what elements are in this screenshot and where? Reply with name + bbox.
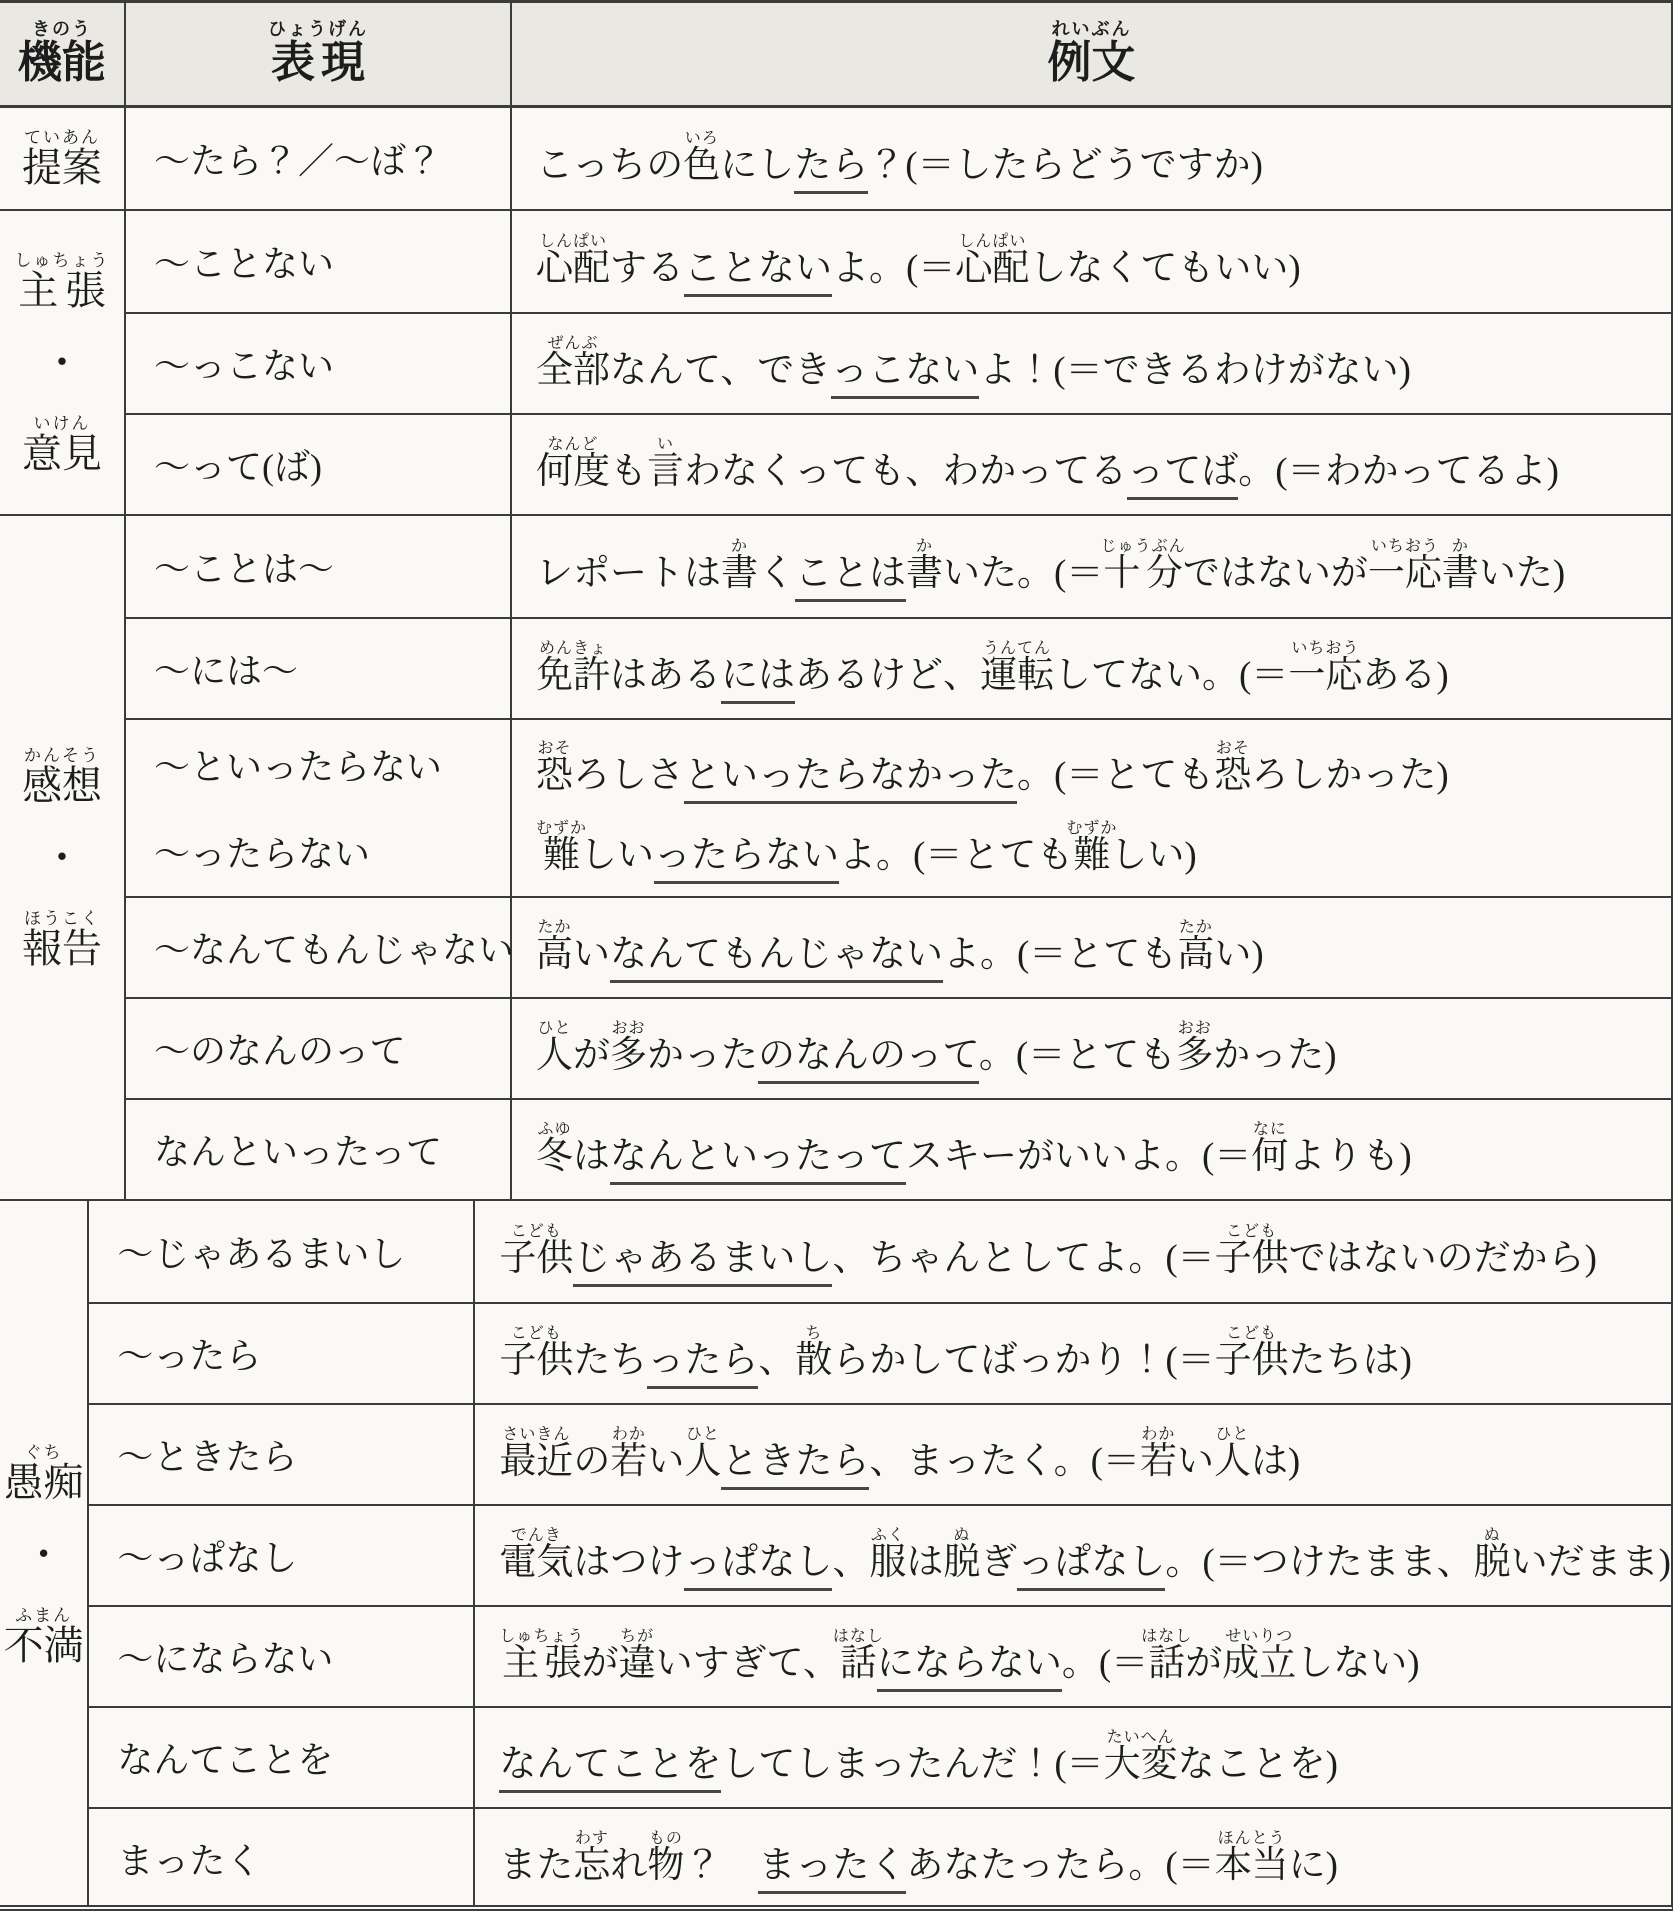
text-segment: してしまったんだ！(＝ [721,1744,1103,1785]
example-sentence: なんてことをしてしまったんだ！(＝大変たいへんなことを) [499,1729,1671,1785]
ruby-annotation: 電気でんき [499,1542,573,1583]
function-cell: 提案ていあん [0,108,126,209]
table-row: ～のなんのって人ひとが多おおかったのなんのって。(＝とても多おおかった) [126,997,1671,1098]
text-segment: いだまま) [1511,1542,1671,1583]
ruby-annotation: 十分じゅうぶん [1103,553,1183,594]
expression-cell: ～ときたら [89,1405,475,1504]
underlined-grammar-point: なんてもんじゃない [610,934,943,983]
text-segment: ではないのだから) [1289,1238,1597,1279]
ruby-annotation: 感想かんそう [22,764,102,808]
expression-text: ～ことない [154,236,510,287]
expression-text: ～たら？／～ば？ [154,133,510,184]
text-segment: しい [580,835,654,876]
expression-cell: ～っぱなし [89,1506,475,1605]
ruby-annotation: 書か [721,553,758,594]
header-cell-expression: 表現ひょうげん [126,3,512,105]
example-sentence: 主張しゅちょうが違ちがいすぎて、話はなしにならない。(＝話はなしが成立せいりつし… [499,1628,1671,1684]
text-segment: ・ [42,341,82,385]
expression-cell: なんてことを [89,1708,475,1807]
table-row: ～といったらない～ったらない恐おそろしさといったらなかった。(＝とても恐おそろし… [126,718,1671,896]
underlined-grammar-point: なんといったって [610,1136,906,1185]
ruby-annotation: 一応いちおう [1288,655,1362,696]
ruby-annotation: 表現ひょうげん [268,19,368,90]
table-row: ～ことない心配しんぱいすることないよ。(＝心配しんぱいしなくてもいい) [126,211,1671,312]
table-row: ～って(ば)何度なんども言いわなくっても、わかってるってば。(＝わかってるよ) [126,413,1671,514]
section-rows: ～じゃあるまいし子供こどもじゃあるまいし、ちゃんとしてよ。(＝子供こどもではない… [89,1201,1671,1908]
expression-text: ～って(ば) [154,439,510,490]
function-section: 感想かんそう・報告ほうこく～ことは～レポートは書かくことは書かいた。(＝十分じゅ… [0,514,1671,1199]
underlined-grammar-point: には [721,655,795,704]
text-segment: よ。(＝とても [943,934,1177,975]
text-segment: 。(＝わかってるよ) [1238,451,1559,492]
text-segment: い [647,1441,684,1482]
table-row: ～にならない主張しゅちょうが違ちがいすぎて、話はなしにならない。(＝話はなしが成… [89,1605,1671,1706]
text-segment: いた) [1479,553,1565,594]
expression-cell: ～ったら [89,1304,475,1403]
ruby-annotation: 服ふく [869,1542,906,1583]
ruby-annotation: 言い [647,451,684,492]
text-segment: く [758,553,795,594]
expression-text: ～っぱなし [117,1530,473,1581]
text-segment: は) [1251,1441,1300,1482]
ruby-annotation: 忘わす [573,1845,610,1886]
function-label: ・ [42,837,82,879]
text-segment: なことを) [1178,1744,1338,1785]
example-cell: また忘わすれ物もの？ まったくあなたったら。(＝本当ほんとうに) [475,1809,1671,1908]
text-segment: かった [647,1035,758,1076]
ruby-annotation: 心配しんぱい [955,248,1029,289]
ruby-annotation: 難むずか [536,835,580,876]
function-label: 報告ほうこく [22,909,102,970]
table-body: 提案ていあん～たら？／～ば？こっちの色いろにしたら？(＝したらどうですか)主張し… [0,108,1671,1908]
section-rows: ～ことない心配しんぱいすることないよ。(＝心配しんぱいしなくてもいい)～っこない… [126,211,1671,514]
expression-cell: なんといったって [126,1100,512,1199]
text-segment: ろしかった) [1251,755,1448,796]
text-segment: ってば [1127,451,1238,492]
example-sentence: 電気でんきはつけっぱなし、服ふくは脱ぬぎっぱなし。(＝つけたまま、脱ぬいだまま) [499,1527,1671,1583]
underlined-grammar-point: っこない [831,350,979,399]
underlined-grammar-point: のなんのって [758,1035,979,1084]
example-sentence: 人ひとが多おおかったのなんのって。(＝とても多おおかった) [536,1020,1671,1076]
expression-text: ～なんてもんじゃない [154,922,510,973]
ruby-annotation: 何なに [1251,1136,1288,1177]
text-segment: たら [794,145,868,186]
text-segment: 。(＝つけたまま、 [1165,1542,1473,1583]
text-segment: よ！(＝できるわけがない) [979,350,1411,391]
text-segment: い [573,934,610,975]
underlined-grammar-point: ことない [684,248,832,297]
underlined-grammar-point: ったらない [654,835,839,884]
ruby-annotation: 脱ぬ [1474,1542,1511,1583]
text-segment: 。(＝ [1062,1643,1148,1684]
ruby-annotation: 冬ふゆ [536,1136,573,1177]
example-cell: 子供こどもじゃあるまいし、ちゃんとしてよ。(＝子供こどもではないのだから) [475,1201,1671,1302]
text-segment: ぎ [980,1542,1017,1583]
ruby-annotation: 子供こども [499,1340,573,1381]
text-segment: なんてことを [499,1744,721,1785]
text-segment: っぱなし [684,1542,832,1583]
example-cell: 主張しゅちょうが違ちがいすぎて、話はなしにならない。(＝話はなしが成立せいりつし… [475,1607,1671,1706]
section-rows: ～ことは～レポートは書かくことは書かいた。(＝十分じゅうぶんではないが一応いちお… [126,516,1671,1199]
function-label: 愚痴ぐち [4,1443,84,1504]
underlined-grammar-point: ってば [1127,451,1238,500]
text-segment: してない。(＝ [1054,655,1288,696]
ruby-annotation: 人ひと [1214,1441,1251,1482]
section-rows: ～たら？／～ば？こっちの色いろにしたら？(＝したらどうですか) [126,108,1671,209]
expression-text: ～ったら [117,1328,473,1379]
table-row: ～なんてもんじゃない高たかいなんてもんじゃないよ。(＝とても高たかい) [126,896,1671,997]
expression-cell: まったく [89,1809,475,1908]
table-header-row: 機能きのう 表現ひょうげん 例文れいぶん [0,3,1671,108]
text-segment: する [610,248,684,289]
function-section: 愚痴ぐち・不満ふまん～じゃあるまいし子供こどもじゃあるまいし、ちゃんとしてよ。(… [0,1199,1671,1908]
underlined-grammar-point: ことは [795,553,906,602]
underlined-grammar-point: にならない [877,1643,1062,1692]
table-row: ～ことは～レポートは書かくことは書かいた。(＝十分じゅうぶんではないが一応いちお… [126,516,1671,617]
ruby-annotation: 提案ていあん [22,146,102,190]
ruby-annotation: 話はなし [1148,1643,1185,1684]
underlined-grammar-point: じゃあるまいし [573,1238,832,1287]
text-segment: スキーがいいよ。(＝ [906,1136,1251,1177]
example-sentence: 免許めんきょはあるにはあるけど、運転うんてんしてない。(＝一応いちおうある) [536,640,1671,696]
ruby-annotation: 免許めんきょ [536,655,610,696]
text-segment: には [721,655,795,696]
text-segment: ろしさ [573,755,684,796]
text-segment: っぱなし [1017,1542,1165,1583]
text-segment: たち [573,1340,647,1381]
ruby-annotation: 成立せいりつ [1222,1643,1296,1684]
function-cell: 愚痴ぐち・不満ふまん [0,1201,89,1908]
expression-cell: ～にならない [89,1607,475,1706]
underlined-grammar-point: なんてことを [499,1744,721,1793]
underlined-grammar-point: ったら [647,1340,758,1389]
ruby-annotation: 一応いちおう [1368,553,1442,594]
ruby-annotation: 若わか [1140,1441,1177,1482]
ruby-annotation: 子供こども [499,1238,573,1279]
text-segment: 、ちゃんとしてよ。(＝ [832,1238,1214,1279]
grammar-table-page: 機能きのう 表現ひょうげん 例文れいぶん 提案ていあん～たら？／～ば？こっちの色… [0,0,1673,1911]
expression-text: ～ったらない [154,826,510,877]
text-segment: ？(＝したらどうですか) [868,145,1263,186]
expression-cell: ～といったらない～ったらない [126,720,512,896]
ruby-annotation: 主張しゅちょう [499,1643,581,1684]
underlined-grammar-point: ときたら [721,1441,869,1490]
text-segment: レポートは [536,553,721,594]
ruby-annotation: 例文れいぶん [1048,19,1136,90]
example-sentence: また忘わすれ物もの？ まったくあなたったら。(＝本当ほんとうに) [499,1830,1671,1886]
text-segment: ったら [647,1340,758,1381]
text-segment: なんといったって [610,1136,906,1177]
text-segment: ことない [684,248,832,289]
example-sentence: 高たかいなんてもんじゃないよ。(＝とても高たかい) [536,919,1671,975]
example-sentence: 心配しんぱいすることないよ。(＝心配しんぱいしなくてもいい) [536,233,1671,289]
expression-cell: ～って(ば) [126,415,512,514]
ruby-annotation: 主張しゅちょう [15,269,110,313]
ruby-annotation: 人ひと [684,1441,721,1482]
text-segment: っこない [831,350,979,391]
ruby-annotation: 人ひと [536,1035,573,1076]
function-cell: 感想かんそう・報告ほうこく [0,516,126,1199]
example-sentence: 最近さいきんの若わかい人ひとときたら、まったく。(＝若わかい人ひとは) [499,1426,1671,1482]
example-cell: 免許めんきょはあるにはあるけど、運転うんてんしてない。(＝一応いちおうある) [512,619,1671,718]
ruby-annotation: 難むずか [1073,835,1110,876]
text-segment: は [573,1136,610,1177]
example-cell: 何度なんども言いわなくっても、わかってるってば。(＝わかってるよ) [512,415,1671,514]
text-segment: の [573,1441,610,1482]
function-label: 意見いけん [22,414,102,475]
example-sentence: 恐おそろしさといったらなかった。(＝とても恐おそろしかった) [536,740,1671,796]
expression-text: ～じゃあるまいし [117,1226,473,1277]
underlined-grammar-point: たら [794,145,868,194]
expression-text: ～のなんのって [154,1023,510,1074]
text-segment: 。(＝とても [1017,755,1214,796]
ruby-annotation: 全部ぜんぶ [536,350,610,391]
text-segment: あなたったら。(＝ [906,1845,1214,1886]
ruby-annotation: 意見いけん [22,432,102,476]
expression-cell: ～ことない [126,211,512,312]
ruby-annotation: 高たか [1177,934,1214,975]
text-segment: じゃあるまいし [573,1238,832,1279]
ruby-annotation: 色いろ [683,145,720,186]
text-segment: なんて、でき [610,350,831,391]
example-sentence: 冬ふゆはなんといったってスキーがいいよ。(＝何なによりも) [536,1121,1671,1177]
example-cell: 電気でんきはつけっぱなし、服ふくは脱ぬぎっぱなし。(＝つけたまま、脱ぬいだまま) [475,1506,1671,1605]
text-segment: い [1177,1441,1214,1482]
example-cell: なんてことをしてしまったんだ！(＝大変たいへんなことを) [475,1708,1671,1807]
text-segment: ではないが [1183,553,1368,594]
ruby-annotation: 高たか [536,934,573,975]
text-segment: よ。(＝ [832,248,955,289]
underlined-grammar-point: っぱなし [684,1542,832,1591]
header-cell-function: 機能きのう [0,3,126,105]
ruby-annotation: 書か [906,553,943,594]
underlined-grammar-point: まったく [758,1845,906,1894]
text-segment: 、 [832,1542,869,1583]
function-label: 感想かんそう [22,746,102,807]
text-segment: 、まったく。(＝ [869,1441,1140,1482]
ruby-annotation: 恐おそ [536,755,573,796]
header-cell-example: 例文れいぶん [512,3,1671,105]
ruby-annotation: 不満ふまん [4,1624,84,1668]
ruby-annotation: 心配しんぱい [536,248,610,289]
text-segment: たちは) [1289,1340,1412,1381]
example-sentence: 何度なんども言いわなくっても、わかってるってば。(＝わかってるよ) [536,436,1671,492]
text-segment: ことは [795,553,906,594]
ruby-annotation: 最近さいきん [499,1441,573,1482]
function-label: ・ [42,342,82,384]
expression-text: なんといったって [154,1124,510,1175]
expression-text: ～にならない [117,1631,473,1682]
example-cell: 心配しんぱいすることないよ。(＝心配しんぱいしなくてもいい) [512,211,1671,312]
ruby-annotation: 若わか [610,1441,647,1482]
text-segment: しない) [1296,1643,1419,1684]
ruby-annotation: 機能きのう [18,19,106,90]
ruby-annotation: 愚痴ぐち [4,1461,84,1505]
text-segment: なんてもんじゃない [610,934,943,975]
function-section: 提案ていあん～たら？／～ば？こっちの色いろにしたら？(＝したらどうですか) [0,108,1671,209]
ruby-annotation: 運転うんてん [980,655,1054,696]
text-segment: ・ [42,836,82,880]
text-segment: も [610,451,647,492]
example-sentence: こっちの色いろにしたら？(＝したらどうですか) [536,130,1671,186]
ruby-annotation: 物もの [647,1845,684,1886]
function-section: 主張しゅちょう・意見いけん～ことない心配しんぱいすることないよ。(＝心配しんぱい… [0,209,1671,514]
example-cell: 高たかいなんてもんじゃないよ。(＝とても高たかい) [512,898,1671,997]
text-segment: が [1185,1643,1222,1684]
text-segment: まったく [758,1845,906,1886]
table-row: ～ったら子供こどもたちったら、散ちらかしてばっかり！(＝子供こどもたちは) [89,1302,1671,1403]
text-segment: といったらなかった [684,755,1017,796]
function-label: ・ [24,1534,64,1576]
expression-cell: ～のなんのって [126,999,512,1098]
ruby-annotation: 大変たいへん [1104,1744,1178,1785]
ruby-annotation: 書か [1442,553,1479,594]
example-cell: 人ひとが多おおかったのなんのって。(＝とても多おおかった) [512,999,1671,1098]
text-segment: わなくっても、わかってる [684,451,1127,492]
text-segment: にならない [877,1643,1062,1684]
expression-cell: ～なんてもんじゃない [126,898,512,997]
table-row: ～たら？／～ば？こっちの色いろにしたら？(＝したらどうですか) [126,108,1671,209]
example-sentence: 全部ぜんぶなんて、できっこないよ！(＝できるわけがない) [536,335,1671,391]
function-label: 不満ふまん [4,1606,84,1667]
text-segment: 、 [758,1340,795,1381]
text-segment: ・ [24,1533,64,1577]
ruby-annotation: 報告ほうこく [22,927,102,971]
text-segment: は [906,1542,943,1583]
example-cell: 最近さいきんの若わかい人ひとときたら、まったく。(＝若わかい人ひとは) [475,1405,1671,1504]
text-segment: よ。(＝とても [839,835,1073,876]
text-segment: こっちの [536,145,683,186]
example-cell: 冬ふゆはなんといったってスキーがいいよ。(＝何なによりも) [512,1100,1671,1199]
example-cell: レポートは書かくことは書かいた。(＝十分じゅうぶんではないが一応いちおう書かいた… [512,516,1671,617]
text-segment: のなんのって [758,1035,979,1076]
text-segment: ときたら [721,1441,869,1482]
text-segment: はつけ [573,1542,684,1583]
text-segment: また [499,1845,573,1886]
function-cell: 主張しゅちょう・意見いけん [0,211,126,514]
table-row: ～っこない全部ぜんぶなんて、できっこないよ！(＝できるわけがない) [126,312,1671,413]
underlined-grammar-point: っぱなし [1017,1542,1165,1591]
text-segment: れ [610,1845,647,1886]
expression-text: ～ときたら [117,1429,473,1480]
text-segment: しなくてもいい) [1029,248,1300,289]
expression-cell: ～ことは～ [126,516,512,617]
function-label: 主張しゅちょう [15,251,110,312]
example-cell: 全部ぜんぶなんて、できっこないよ！(＝できるわけがない) [512,314,1671,413]
expression-text: まったく [117,1833,473,1884]
text-segment: よりも) [1288,1136,1411,1177]
ruby-annotation: 子供こども [1215,1340,1289,1381]
ruby-annotation: 多おお [610,1035,647,1076]
expression-text: ～には～ [154,643,510,694]
ruby-annotation: 本当ほんとう [1215,1845,1289,1886]
function-label: 提案ていあん [22,128,102,189]
text-segment: に) [1289,1845,1338,1886]
text-segment: かった) [1213,1035,1336,1076]
expression-cell: ～たら？／～ば？ [126,108,512,209]
example-sentence: レポートは書かくことは書かいた。(＝十分じゅうぶんではないが一応いちおう書かいた… [536,538,1671,594]
expression-cell: ～には～ [126,619,512,718]
text-segment: ある) [1362,655,1448,696]
ruby-annotation: 違ちが [619,1643,656,1684]
text-segment: が [582,1643,619,1684]
text-segment: ったらない [654,835,839,876]
expression-text: ～ことは～ [154,541,510,592]
ruby-annotation: 話はなし [840,1643,877,1684]
ruby-annotation: 多おお [1176,1035,1213,1076]
expression-text: ～といったらない [154,739,510,790]
example-cell: 子供こどもたちったら、散ちらかしてばっかり！(＝子供こどもたちは) [475,1304,1671,1403]
example-sentence: 子供こどもじゃあるまいし、ちゃんとしてよ。(＝子供こどもではないのだから) [499,1223,1671,1279]
text-segment: 。(＝とても [979,1035,1176,1076]
text-segment: あるけど、 [795,655,980,696]
text-segment: が [573,1035,610,1076]
text-segment: いすぎて、 [656,1643,840,1684]
table-row: ～ときたら最近さいきんの若わかい人ひとときたら、まったく。(＝若わかい人ひとは) [89,1403,1671,1504]
ruby-annotation: 恐おそ [1214,755,1251,796]
ruby-annotation: 脱ぬ [943,1542,980,1583]
text-segment: はある [610,655,721,696]
example-sentence: 難むずかしいったらないよ。(＝とても難むずかしい) [536,820,1671,876]
expression-cell: ～じゃあるまいし [89,1201,475,1302]
expression-cell: ～っこない [126,314,512,413]
ruby-annotation: 何度なんど [536,451,610,492]
underlined-grammar-point: といったらなかった [684,755,1017,804]
ruby-annotation: 子供こども [1215,1238,1289,1279]
ruby-annotation: 散ち [795,1340,832,1381]
example-cell: こっちの色いろにしたら？(＝したらどうですか) [512,108,1671,209]
text-segment: らかしてばっかり！(＝ [832,1340,1214,1381]
text-segment: いた。(＝ [943,553,1103,594]
text-segment: にし [720,145,794,186]
table-row: まったくまた忘わすれ物もの？ まったくあなたったら。(＝本当ほんとうに) [89,1807,1671,1908]
table-row: なんてことをなんてことをしてしまったんだ！(＝大変たいへんなことを) [89,1706,1671,1807]
example-cell: 恐おそろしさといったらなかった。(＝とても恐おそろしかった)難むずかしいったらな… [512,720,1671,896]
example-sentence: 子供こどもたちったら、散ちらかしてばっかり！(＝子供こどもたちは) [499,1325,1671,1381]
table-row: ～じゃあるまいし子供こどもじゃあるまいし、ちゃんとしてよ。(＝子供こどもではない… [89,1201,1671,1302]
text-segment: ？ [684,1845,758,1886]
expression-text: なんてことを [117,1732,473,1783]
text-segment: しい) [1110,835,1196,876]
table-row: ～には～免許めんきょはあるにはあるけど、運転うんてんしてない。(＝一応いちおうあ… [126,617,1671,718]
table-row: ～っぱなし電気でんきはつけっぱなし、服ふくは脱ぬぎっぱなし。(＝つけたまま、脱ぬ… [89,1504,1671,1605]
table-row: なんといったって冬ふゆはなんといったってスキーがいいよ。(＝何なによりも) [126,1098,1671,1199]
expression-text: ～っこない [154,338,510,389]
text-segment: い) [1214,934,1263,975]
